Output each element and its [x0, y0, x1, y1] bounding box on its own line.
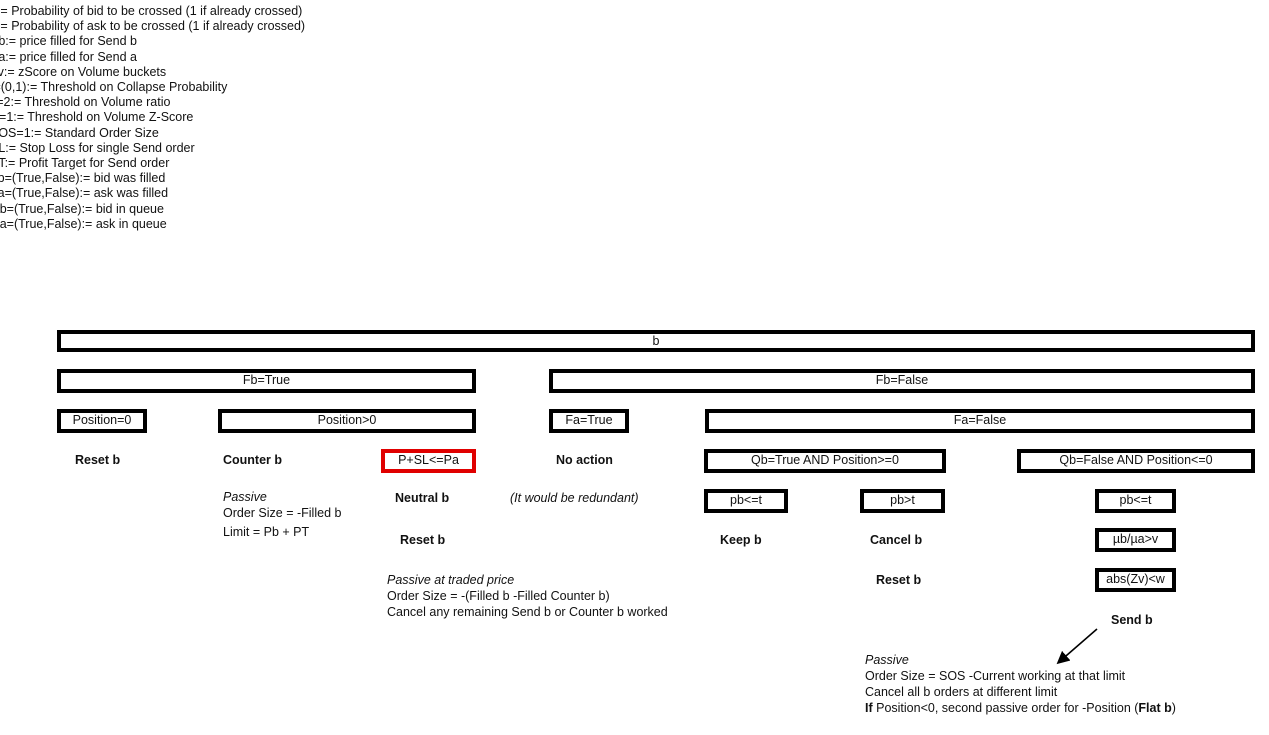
send-note-line: Order Size = SOS -Current working at tha… — [865, 668, 1176, 684]
send-note-close: ) — [1172, 701, 1176, 715]
send-note-condition: Position<0, second passive order for -Po… — [873, 701, 1139, 715]
send-note-if: If — [865, 701, 873, 715]
send-note-line: If Position<0, second passive order for … — [865, 700, 1176, 716]
send-note-line: Cancel all b orders at different limit — [865, 684, 1176, 700]
send-note-flat-b: Flat b — [1138, 701, 1171, 715]
send-note: Passive Order Size = SOS -Current workin… — [865, 652, 1176, 716]
send-note-title: Passive — [865, 652, 1176, 668]
arrow-icon — [0, 0, 1269, 735]
